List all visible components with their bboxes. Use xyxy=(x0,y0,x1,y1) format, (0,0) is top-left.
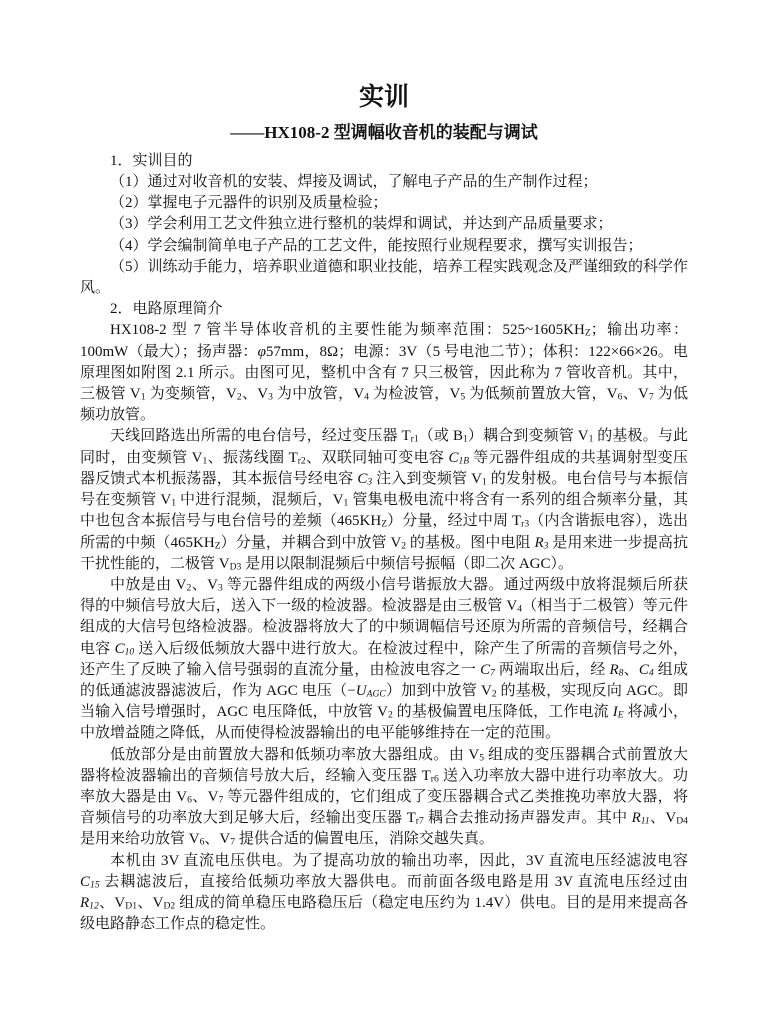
doc-subtitle: ——HX108-2 型调幅收音机的装配与调试 xyxy=(80,122,688,144)
section-heading-goals: 1．实训目的 xyxy=(80,151,688,172)
circuit-paragraph-audio-amplifier: 低放部分是由前置放大器和低频功率放大器组成。由 V5 组成的变压器耦合式前置放大… xyxy=(80,745,688,851)
goal-item-5: （5）训练动手能力，培养职业道德和职业技能，培养工程实践观念及严谨细致的科学作风… xyxy=(80,257,688,299)
doc-title: 实训 xyxy=(80,84,688,113)
circuit-paragraph-power-supply: 本机由 3V 直流电压供电。为了提高功放的输出功率，因此，3V 直流电压经滤波电… xyxy=(80,851,688,936)
goal-item-2: （2）掌握电子元器件的识别及质量检验； xyxy=(80,193,688,214)
circuit-paragraph-if-detector-agc: 中放是由 V2、V3 等元器件组成的两级小信号谐振放大器。通过两级中放将混频后所… xyxy=(80,575,688,745)
section-heading-circuit: 2．电路原理简介 xyxy=(80,299,688,320)
circuit-paragraph-antenna-mixer: 天线回路选出所需的电台信号，经过变压器 Tr1（或 B1）耦合到变频管 V1 的… xyxy=(80,426,688,574)
goal-item-4: （4）学会编制简单电子产品的工艺文件，能按照行业规程要求，撰写实训报告； xyxy=(80,236,688,257)
goal-item-3: （3）学会利用工艺文件独立进行整机的装焊和调试，并达到产品质量要求； xyxy=(80,214,688,235)
goal-item-1: （1）通过对收音机的安装、焊接及调试，了解电子产品的生产制作过程； xyxy=(80,172,688,193)
document-body: 1．实训目的 （1）通过对收音机的安装、焊接及调试，了解电子产品的生产制作过程；… xyxy=(80,151,688,936)
circuit-paragraph-specs: HX108-2 型 7 管半导体收音机的主要性能为频率范围：525~1605KH… xyxy=(80,320,688,426)
document-page: 实训 ——HX108-2 型调幅收音机的装配与调试 1．实训目的 （1）通过对收… xyxy=(0,0,768,1024)
